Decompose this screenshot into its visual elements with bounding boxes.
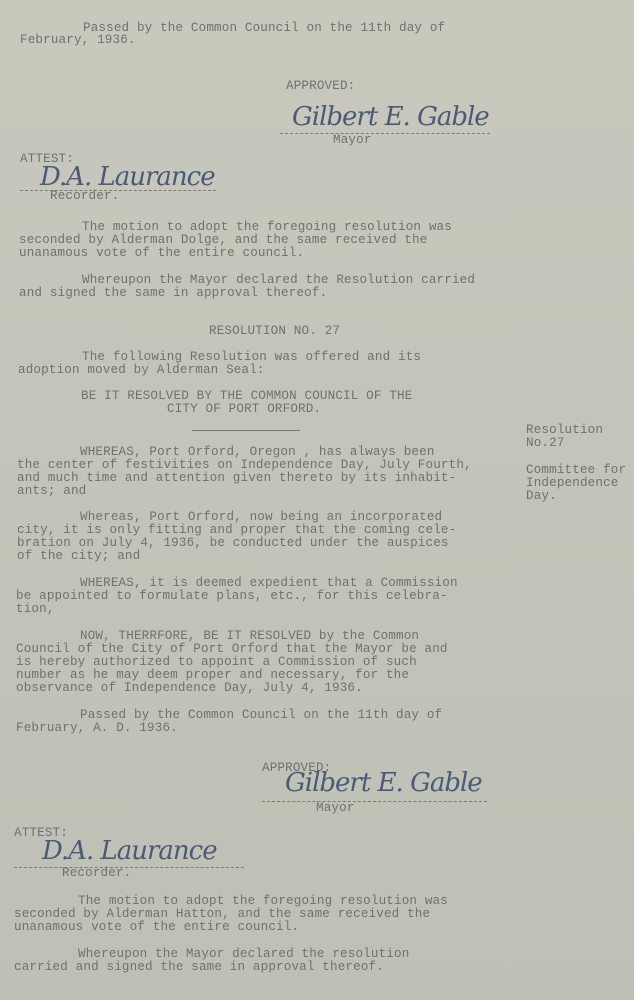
recorder-signature: D.A. Laurance (40, 162, 215, 192)
whereupon-text: carried and signed the same in approval … (14, 961, 384, 975)
approved-label: APPROVED: (286, 80, 355, 94)
margin-note: Day. (526, 490, 557, 504)
signature-line (262, 801, 487, 802)
passed-text: February, 1936. (20, 34, 136, 48)
mayor-title: Mayor (333, 134, 372, 148)
offered-text: adoption moved by Alderman Seal: (18, 364, 265, 378)
whereas-text: of the city; and (17, 550, 140, 564)
mayor-title: Mayor (316, 802, 355, 816)
mayor-signature: Gilbert E. Gable (285, 768, 482, 798)
recorder-signature: D.A. Laurance (42, 836, 217, 866)
resolution-heading: RESOLUTION NO. 27 (209, 325, 340, 339)
resolved-heading: CITY OF PORT ORFORD. (167, 403, 321, 417)
whereas-text: tion, (16, 603, 55, 617)
document-page: Passed by the Common Council on the 11th… (0, 0, 634, 1000)
motion-text: unanamous vote of the entire council. (14, 921, 299, 935)
passed-text: Passed by the Common Council on the 11th… (83, 22, 445, 36)
mayor-signature: Gilbert E. Gable (292, 102, 489, 132)
whereupon-text: and signed the same in approval thereof. (19, 287, 327, 301)
recorder-title: Recorder. (50, 190, 119, 204)
motion-text: unanamous vote of the entire council. (19, 247, 304, 261)
now-therefore-text: observance of Independence Day, July 4, … (16, 682, 363, 696)
whereas-text: be appointed to formulate plans, etc., f… (16, 590, 448, 604)
margin-note: No.27 (526, 437, 565, 451)
passed-text: February, A. D. 1936. (16, 722, 178, 736)
signature-line (280, 133, 490, 134)
recorder-title: Recorder. (62, 867, 131, 881)
divider (192, 430, 300, 431)
whereas-text: ants; and (17, 485, 86, 499)
